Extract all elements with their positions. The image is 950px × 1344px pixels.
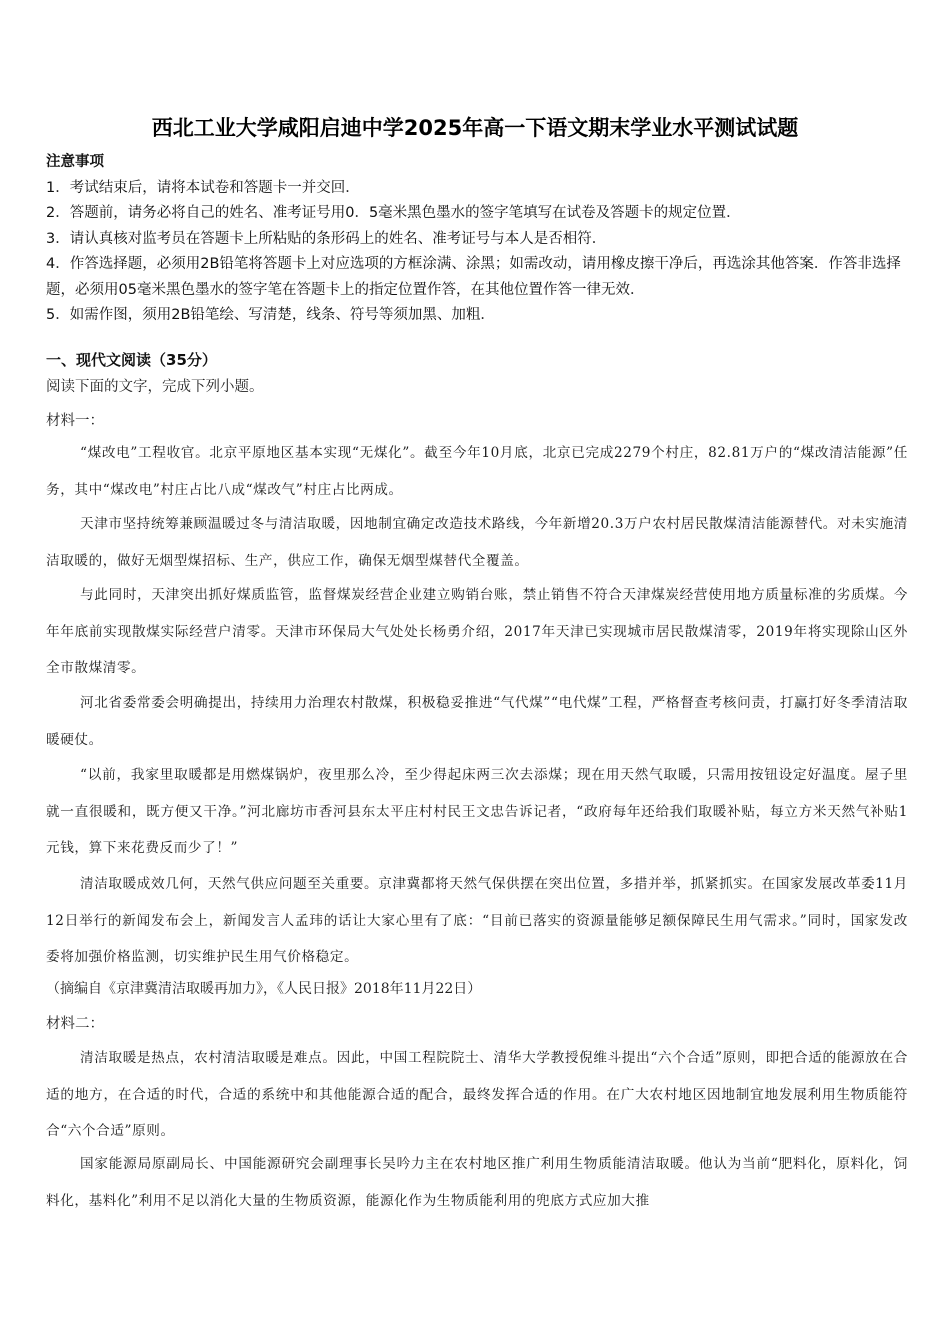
notice-item-1: 1．考试结束后，请将本试卷和答题卡一并交回． [46,176,911,202]
material-1-label: 材料一： [46,409,104,430]
notice-item-4: 4．作答选择题，必须用2B铅笔将答题卡上对应选项的方框涂满、涂黑；如需改动，请用… [46,252,911,303]
section-heading: 一、现代文阅读（35分） [46,349,217,370]
notice-block: 注意事项 1．考试结束后，请将本试卷和答题卡一并交回． 2．答题前，请务必将自己… [46,150,911,329]
material-1-paragraph-6: 清洁取暖成效几何，天然气供应问题至关重要。京津冀都将天然气保供摆在突出位置，多措… [46,866,908,976]
material-2-label: 材料二： [46,1012,104,1033]
material-1-source: （摘编自《京津冀清洁取暖再加力》，《人民日报》2018年11月22日） [46,978,481,998]
notice-item-3: 3．请认真核对监考员在答题卡上所粘贴的条形码上的姓名、准考证号与本人是否相符． [46,227,911,253]
notice-heading: 注意事项 [46,150,911,176]
notice-item-2: 2．答题前，请务必将自己的姓名、准考证号用0．5毫米黑色墨水的签字笔填写在试卷及… [46,201,911,227]
material-1-paragraph-4: 河北省委常委会明确提出，持续用力治理农村散煤，积极稳妥推进“气代煤”“电代煤”工… [46,685,908,758]
material-1-paragraph-1: “煤改电”工程收官。北京平原地区基本实现“无煤化”。截至今年10月底，北京已完成… [46,435,908,508]
document-title: 西北工业大学咸阳启迪中学2025年高一下语文期末学业水平测试试题 [0,112,950,142]
material-1-paragraph-5: “以前，我家里取暖都是用燃煤锅炉，夜里那么冷，至少得起床两三次去添煤；现在用天然… [46,757,908,867]
exam-page: 西北工业大学咸阳启迪中学2025年高一下语文期末学业水平测试试题 注意事项 1．… [0,0,950,1344]
notice-item-5: 5．如需作图，须用2B铅笔绘、写清楚，线条、符号等须加黑、加粗． [46,303,911,329]
section-instruction: 阅读下面的文字，完成下列小题。 [46,375,264,396]
material-1-paragraph-2: 天津市坚持统筹兼顾温暖过冬与清洁取暖，因地制宜确定改造技术路线，今年新增20.3… [46,506,908,579]
material-2-paragraph-2: 国家能源局原副局长、中国能源研究会副理事长吴吟力主在农村地区推广利用生物质能清洁… [46,1146,908,1219]
material-1-paragraph-3: 与此同时，天津突出抓好煤质监管，监督煤炭经营企业建立购销台账，禁止销售不符合天津… [46,577,908,687]
material-2-paragraph-1: 清洁取暖是热点，农村清洁取暖是难点。因此，中国工程院院士、清华大学教授倪维斗提出… [46,1040,908,1150]
